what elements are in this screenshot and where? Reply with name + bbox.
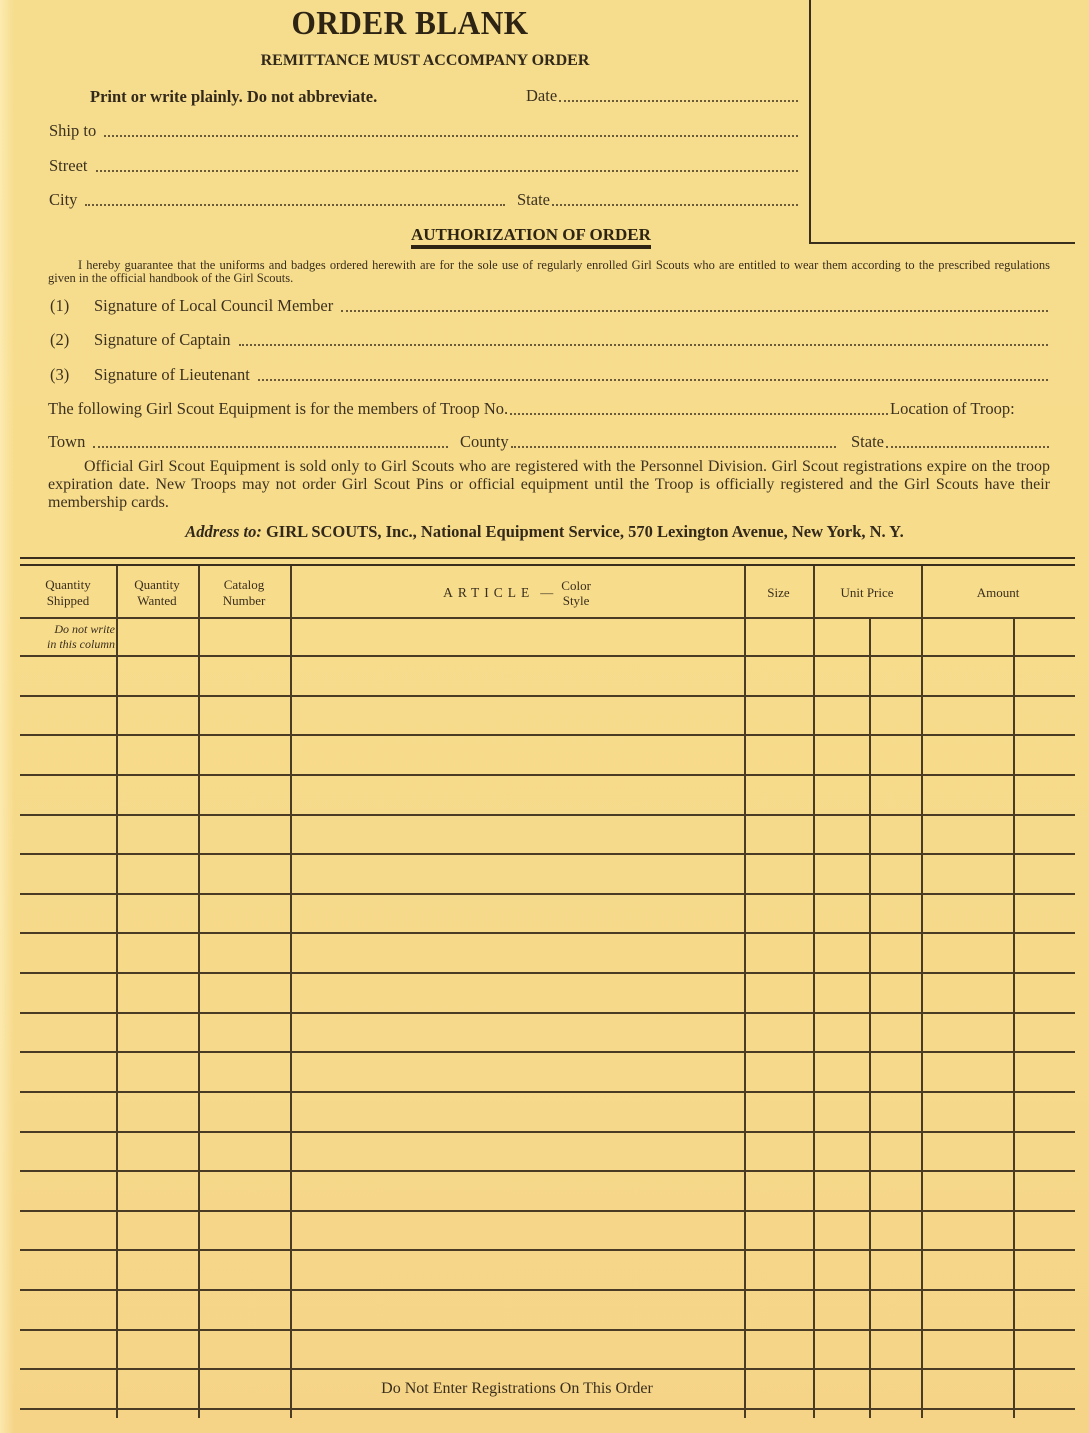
order-entry-cell[interactable]	[116, 1368, 198, 1408]
order-entry-cell[interactable]	[1013, 617, 1075, 655]
registration-warning: Do Not Enter Registrations On This Order	[290, 1380, 744, 1398]
order-entry-cell[interactable]	[290, 1051, 744, 1091]
order-entry-cell[interactable]	[813, 1051, 869, 1091]
troop-state-label: State	[851, 432, 884, 452]
order-entry-cell[interactable]	[290, 617, 744, 655]
header-article: ARTICLE — Color Style	[290, 570, 744, 616]
order-entry-cell[interactable]	[744, 617, 813, 655]
order-entry-cell[interactable]	[869, 972, 921, 1012]
order-entry-cell[interactable]	[813, 853, 869, 893]
order-entry-cell[interactable]	[921, 1170, 1013, 1210]
order-entry-cell[interactable]	[744, 853, 813, 893]
order-entry-cell[interactable]	[290, 932, 744, 972]
authorization-heading: AUTHORIZATION OF ORDER	[411, 225, 651, 249]
ship-state-label: State	[517, 190, 550, 210]
order-entry-cell[interactable]	[198, 1249, 290, 1289]
mailing-address: Address to: GIRL SCOUTS, Inc., National …	[0, 522, 1089, 542]
order-entry-cell[interactable]	[290, 1091, 744, 1131]
street-label: Street	[49, 156, 88, 176]
order-entry-cell[interactable]	[744, 655, 813, 695]
style-label: Style	[563, 593, 590, 608]
order-entry-cell[interactable]	[869, 655, 921, 695]
order-entry-cell[interactable]	[1013, 1368, 1075, 1408]
order-entry-cell[interactable]	[1013, 774, 1075, 814]
signature-number: (3)	[50, 365, 94, 385]
order-entry-cell[interactable]	[744, 814, 813, 853]
order-entry-cell[interactable]	[198, 655, 290, 695]
order-entry-cell[interactable]	[116, 893, 198, 932]
form-title: ORDER BLANK	[33, 5, 787, 43]
troop-number-input-line[interactable]	[510, 412, 888, 415]
order-entry-cell[interactable]	[1013, 1329, 1075, 1368]
order-entry-cell[interactable]	[744, 932, 813, 972]
header-unit-price: Unit Price	[813, 570, 921, 616]
order-entry-cell[interactable]	[1013, 853, 1075, 893]
order-entry-cell[interactable]	[1013, 1091, 1075, 1131]
order-entry-cell[interactable]	[116, 1210, 198, 1249]
order-entry-cell[interactable]	[921, 617, 1013, 655]
signature-input-line[interactable]	[239, 343, 1048, 346]
guarantee-text: I hereby guarantee that the uniforms and…	[48, 259, 1050, 285]
order-entry-cell[interactable]	[869, 774, 921, 814]
order-entry-cell[interactable]	[290, 1249, 744, 1289]
table-top-rule-inner	[20, 564, 1075, 566]
header-size: Size	[744, 570, 813, 616]
order-entry-cell[interactable]	[1013, 1249, 1075, 1289]
order-entry-cell[interactable]	[290, 655, 744, 695]
order-entry-cell[interactable]	[813, 1012, 869, 1051]
order-entry-cell[interactable]	[1013, 814, 1075, 853]
street-field[interactable]: Street	[49, 156, 798, 176]
order-entry-cell[interactable]	[290, 734, 744, 774]
order-entry-cell[interactable]	[869, 853, 921, 893]
order-entry-cell[interactable]	[198, 1012, 290, 1051]
order-entry-cell[interactable]	[198, 1051, 290, 1091]
order-entry-cell[interactable]	[744, 1329, 813, 1368]
order-entry-cell[interactable]	[813, 734, 869, 774]
ship-to-field[interactable]: Ship to	[49, 121, 798, 141]
order-entry-cell[interactable]	[744, 893, 813, 932]
header-amount: Amount	[921, 570, 1075, 616]
troop-number-field[interactable]: The following Girl Scout Equipment is fo…	[48, 399, 888, 419]
order-entry-cell[interactable]	[744, 1289, 813, 1329]
town-label: Town	[48, 432, 85, 452]
order-entry-cell[interactable]	[198, 1131, 290, 1170]
order-entry-cell[interactable]	[813, 1368, 869, 1408]
order-entry-cell[interactable]	[744, 1012, 813, 1051]
order-entry-cell[interactable]	[198, 1368, 290, 1408]
order-entry-cell[interactable]	[290, 814, 744, 853]
ship-state-input-line[interactable]	[552, 203, 798, 206]
order-entry-cell[interactable]	[813, 972, 869, 1012]
signature-input-line[interactable]	[341, 309, 1048, 312]
order-entry-cell[interactable]	[198, 932, 290, 972]
order-entry-cell[interactable]	[744, 1170, 813, 1210]
order-entry-cell[interactable]	[116, 1131, 198, 1170]
order-entry-cell[interactable]	[744, 1091, 813, 1131]
order-entry-cell[interactable]	[813, 695, 869, 734]
order-entry-cell[interactable]	[116, 617, 198, 655]
order-entry-cell[interactable]	[921, 695, 1013, 734]
order-entry-cell[interactable]	[116, 932, 198, 972]
order-entry-cell[interactable]	[198, 774, 290, 814]
order-entry-cell[interactable]	[290, 853, 744, 893]
order-entry-cell[interactable]	[921, 1210, 1013, 1249]
signature-local-council-field[interactable]: (1) Signature of Local Council Member	[50, 296, 1048, 316]
order-entry-cell[interactable]	[744, 1051, 813, 1091]
order-entry-cell[interactable]	[869, 734, 921, 774]
order-entry-cell[interactable]	[869, 695, 921, 734]
city-input-line[interactable]	[85, 203, 505, 206]
order-entry-cell[interactable]	[116, 734, 198, 774]
order-entry-cell[interactable]	[813, 932, 869, 972]
order-entry-cell[interactable]	[1013, 1289, 1075, 1329]
order-entry-cell[interactable]	[198, 734, 290, 774]
order-entry-cell[interactable]	[116, 1289, 198, 1329]
signature-number: (2)	[50, 330, 94, 350]
order-entry-cell[interactable]	[813, 1131, 869, 1170]
order-entry-cell[interactable]	[116, 1170, 198, 1210]
order-entry-cell[interactable]	[116, 695, 198, 734]
order-entry-cell[interactable]	[116, 774, 198, 814]
town-input-line[interactable]	[93, 445, 448, 448]
order-entry-cell[interactable]	[290, 1170, 744, 1210]
order-entry-cell[interactable]	[1013, 695, 1075, 734]
instruction-text: Print or write plainly. Do not abbreviat…	[90, 87, 377, 107]
signature-number: (1)	[50, 296, 94, 316]
order-entry-cell[interactable]	[813, 617, 869, 655]
order-entry-cell[interactable]	[1013, 1170, 1075, 1210]
header-quantity-wanted: QuantityWanted	[116, 570, 198, 616]
order-entry-cell[interactable]	[116, 1249, 198, 1289]
order-entry-cell[interactable]	[869, 1091, 921, 1131]
order-entry-cell[interactable]	[116, 1091, 198, 1131]
table-top-rule	[20, 557, 1075, 559]
troop-state-input-line[interactable]	[886, 445, 1049, 448]
ship-to-label: Ship to	[49, 121, 96, 141]
order-entry-cell[interactable]	[744, 1368, 813, 1408]
order-entry-cell[interactable]	[744, 1210, 813, 1249]
order-entry-cell[interactable]	[921, 734, 1013, 774]
city-label: City	[49, 190, 77, 210]
order-entry-cell[interactable]	[198, 893, 290, 932]
order-entry-cell[interactable]	[869, 1131, 921, 1170]
order-entry-cell[interactable]	[813, 655, 869, 695]
order-entry-cell[interactable]	[116, 1051, 198, 1091]
troop-intro-label: The following Girl Scout Equipment is fo…	[48, 399, 508, 419]
shipped-column-note: Do not writein this column	[20, 622, 115, 652]
order-entry-cell[interactable]	[1013, 655, 1075, 695]
county-label: County	[460, 432, 509, 452]
notice-paragraph: Official Girl Scout Equipment is sold on…	[48, 458, 1050, 512]
order-entry-cell[interactable]	[290, 1131, 744, 1170]
date-field[interactable]: Date	[526, 86, 798, 106]
ship-to-input-line[interactable]	[104, 134, 798, 137]
header-quantity-shipped: QuantityShipped	[20, 570, 116, 616]
order-entry-cell[interactable]	[869, 814, 921, 853]
order-entry-cell[interactable]	[869, 1249, 921, 1289]
address-text: GIRL SCOUTS, Inc., National Equipment Se…	[266, 522, 904, 541]
order-entry-cell[interactable]	[813, 774, 869, 814]
order-entry-cell[interactable]	[116, 853, 198, 893]
form-subtitle: REMITTANCE MUST ACCOMPANY ORDER	[0, 52, 850, 70]
order-entry-cell[interactable]	[1013, 932, 1075, 972]
order-entry-cell[interactable]	[813, 1289, 869, 1329]
order-entry-cell[interactable]	[921, 932, 1013, 972]
article-dash: —	[540, 585, 553, 601]
city-field[interactable]: City	[49, 190, 505, 210]
order-entry-cell[interactable]	[1013, 1012, 1075, 1051]
order-entry-cell[interactable]	[744, 972, 813, 1012]
order-entry-cell[interactable]	[921, 1329, 1013, 1368]
table-row-line	[20, 1408, 1075, 1410]
troop-location-label: Location of Troop:	[890, 399, 1015, 419]
order-entry-cell[interactable]	[198, 1091, 290, 1131]
order-entry-cell[interactable]	[921, 1131, 1013, 1170]
signature-captain-field[interactable]: (2) Signature of Captain	[50, 330, 1048, 350]
order-entry-cell[interactable]	[290, 1012, 744, 1051]
order-entry-cell[interactable]	[921, 814, 1013, 853]
order-entry-cell[interactable]	[290, 695, 744, 734]
color-label: Color	[561, 578, 591, 593]
order-entry-cell[interactable]	[1013, 972, 1075, 1012]
order-entry-cell[interactable]	[116, 1012, 198, 1051]
order-entry-cell[interactable]	[1013, 1051, 1075, 1091]
order-entry-cell[interactable]	[1013, 893, 1075, 932]
county-input-line[interactable]	[511, 445, 836, 448]
order-entry-cell[interactable]	[198, 1210, 290, 1249]
order-entry-cell[interactable]	[1013, 734, 1075, 774]
order-entry-cell[interactable]	[813, 1091, 869, 1131]
order-entry-cell[interactable]	[813, 1249, 869, 1289]
county-field[interactable]: County	[460, 432, 836, 452]
paper-edge	[0, 0, 14, 1433]
order-entry-cell[interactable]	[744, 734, 813, 774]
order-entry-cell[interactable]	[921, 853, 1013, 893]
order-entry-cell[interactable]	[869, 1012, 921, 1051]
order-entry-cell[interactable]	[921, 972, 1013, 1012]
order-entry-cell[interactable]	[869, 1170, 921, 1210]
order-entry-cell[interactable]	[116, 814, 198, 853]
order-entry-cell[interactable]	[290, 893, 744, 932]
order-entry-cell[interactable]	[1013, 1131, 1075, 1170]
order-entry-cell[interactable]	[921, 655, 1013, 695]
town-field[interactable]: Town	[48, 432, 448, 452]
order-entry-cell[interactable]	[198, 1289, 290, 1329]
order-entry-cell[interactable]	[869, 1051, 921, 1091]
date-input-line[interactable]	[559, 99, 798, 102]
order-entry-cell[interactable]	[744, 695, 813, 734]
order-entry-cell[interactable]	[869, 617, 921, 655]
order-entry-cell[interactable]	[813, 814, 869, 853]
order-entry-cell[interactable]	[869, 1210, 921, 1249]
street-input-line[interactable]	[96, 169, 799, 172]
address-prefix: Address to:	[185, 522, 262, 541]
order-entry-cell[interactable]	[869, 1289, 921, 1329]
order-entry-cell[interactable]	[921, 1368, 1013, 1408]
order-entry-cell[interactable]	[116, 1329, 198, 1368]
ship-state-field[interactable]: State	[517, 190, 798, 210]
order-entry-cell[interactable]	[921, 1012, 1013, 1051]
order-entry-cell[interactable]	[116, 655, 198, 695]
order-entry-cell[interactable]	[198, 1170, 290, 1210]
order-entry-cell[interactable]	[198, 853, 290, 893]
order-entry-cell[interactable]	[198, 617, 290, 655]
order-entry-cell[interactable]	[290, 774, 744, 814]
order-entry-cell[interactable]	[921, 1091, 1013, 1131]
order-entry-cell[interactable]	[813, 1210, 869, 1249]
signature-label: Signature of Captain	[94, 330, 231, 350]
order-entry-cell[interactable]	[290, 1210, 744, 1249]
order-entry-cell[interactable]	[116, 972, 198, 1012]
order-entry-cell[interactable]	[744, 774, 813, 814]
order-entry-cell[interactable]	[290, 1289, 744, 1329]
article-label: ARTICLE	[443, 585, 534, 601]
signature-label: Signature of Local Council Member	[94, 296, 333, 316]
order-entry-cell[interactable]	[869, 932, 921, 972]
order-entry-cell[interactable]	[198, 695, 290, 734]
date-label: Date	[526, 86, 557, 106]
order-entry-cell[interactable]	[744, 1249, 813, 1289]
order-entry-cell[interactable]	[198, 814, 290, 853]
header-catalog-number: CatalogNumber	[198, 570, 290, 616]
order-entry-cell[interactable]	[869, 1368, 921, 1408]
order-entry-cell[interactable]	[813, 1170, 869, 1210]
order-entry-cell[interactable]	[921, 1289, 1013, 1329]
order-entry-cell[interactable]	[921, 893, 1013, 932]
office-use-box	[809, 0, 1075, 244]
order-entry-cell[interactable]	[744, 1131, 813, 1170]
troop-state-field[interactable]: State	[851, 432, 1049, 452]
order-entry-cell[interactable]	[290, 972, 744, 1012]
order-entry-cell[interactable]	[198, 1329, 290, 1368]
order-entry-cell[interactable]	[813, 1329, 869, 1368]
order-entry-cell[interactable]	[1013, 1210, 1075, 1249]
order-entry-cell[interactable]	[813, 893, 869, 932]
signature-lieutenant-field[interactable]: (3) Signature of Lieutenant	[50, 365, 1048, 385]
order-entry-cell[interactable]	[921, 774, 1013, 814]
order-entry-cell[interactable]	[290, 1329, 744, 1368]
order-entry-cell[interactable]	[198, 972, 290, 1012]
order-entry-cell[interactable]	[869, 893, 921, 932]
order-entry-cell[interactable]	[869, 1329, 921, 1368]
order-entry-cell[interactable]	[921, 1051, 1013, 1091]
order-entry-cell[interactable]	[921, 1249, 1013, 1289]
signature-input-line[interactable]	[258, 378, 1048, 381]
signature-label: Signature of Lieutenant	[94, 365, 250, 385]
